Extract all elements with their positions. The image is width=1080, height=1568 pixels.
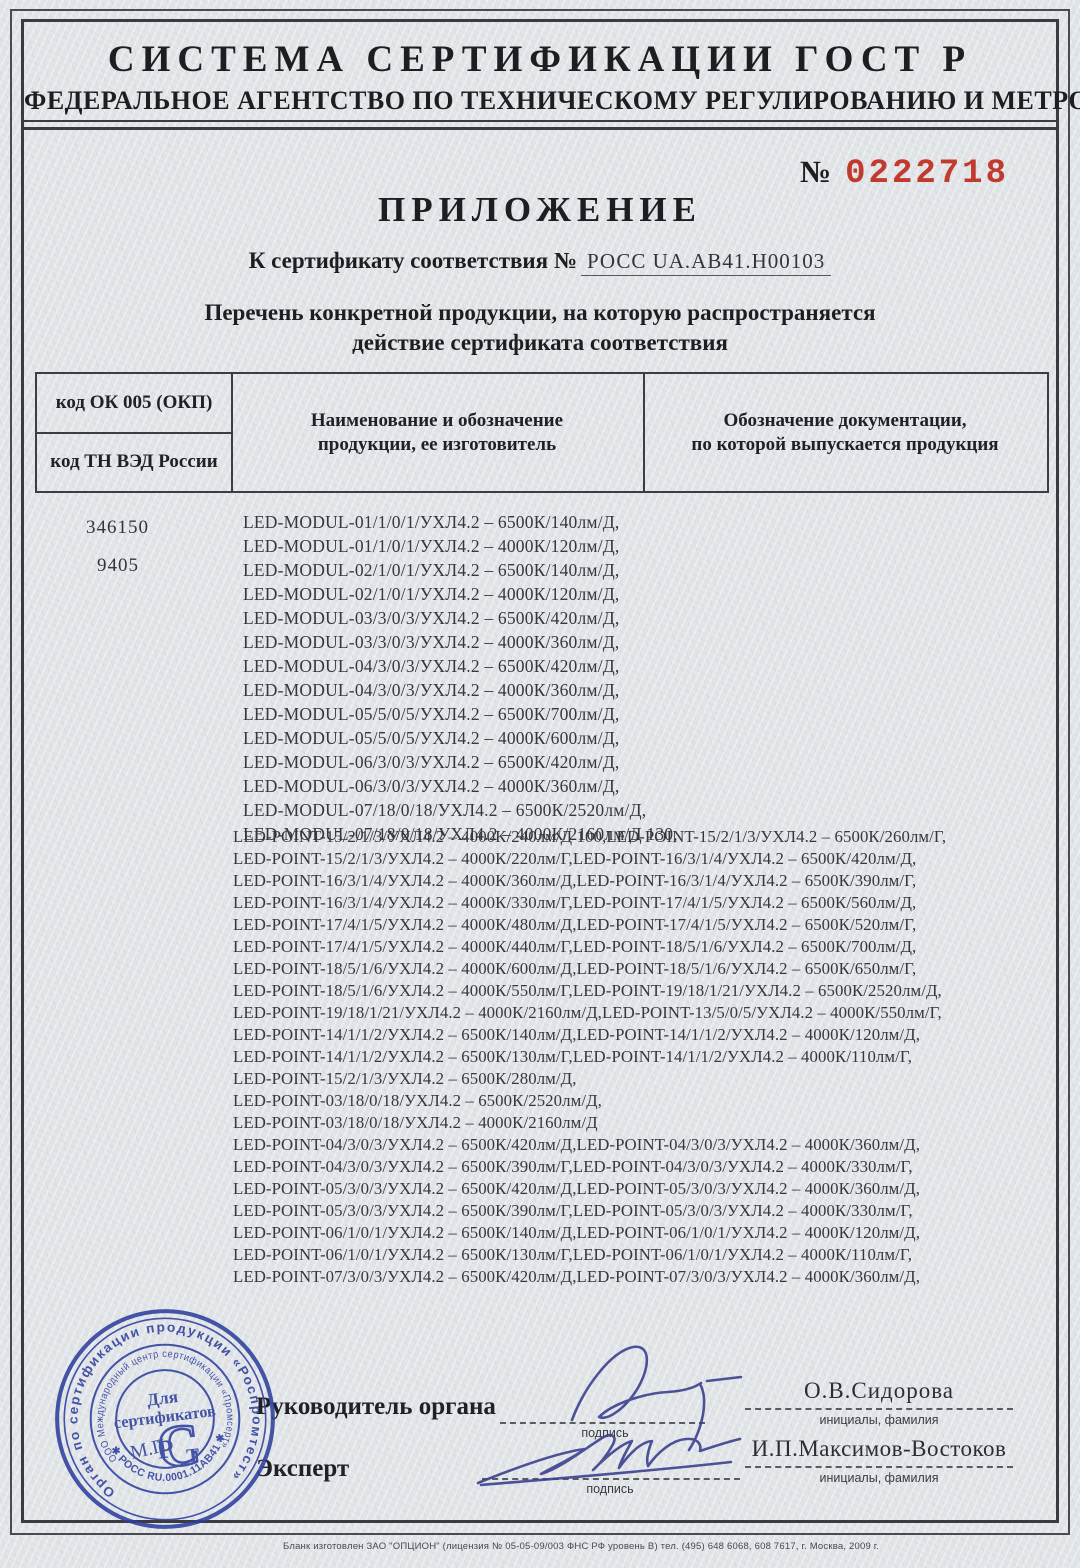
certificate-reference-label: К сертификату соответствия №: [249, 248, 577, 273]
product-line: LED-POINT-07/3/0/3/УХЛ4.2 – 6500К/420лм/…: [233, 1266, 946, 1288]
subtitle-line-2: действие сертификата соответствия: [24, 330, 1056, 356]
expert-name: И.П.Максимов-Востоков: [735, 1436, 1023, 1462]
table-header-documentation: Обозначение документации, по которой вып…: [645, 374, 1045, 491]
product-line: LED-MODUL-06/3/0/3/УХЛ4.2 – 6500К/420лм/…: [243, 750, 678, 774]
product-line: LED-POINT-14/1/1/2/УХЛ4.2 – 6500К/130лм/…: [233, 1046, 946, 1068]
product-line: LED-POINT-15/2/1/3/УХЛ4.2 – 6500К/280лм/…: [233, 1068, 946, 1090]
product-line: LED-POINT-15/2/1/3/УХЛ4.2 – 4000К/220лм/…: [233, 848, 946, 870]
certification-stamp: Орган по сертификации продукции «Роспром…: [35, 1289, 296, 1550]
product-line: LED-MODUL-03/3/0/3/УХЛ4.2 – 4000К/360лм/…: [243, 630, 678, 654]
product-line: LED-POINT-14/1/1/2/УХЛ4.2 – 6500К/140лм/…: [233, 1024, 946, 1046]
product-line: LED-POINT-03/18/0/18/УХЛ4.2 – 6500К/2520…: [233, 1090, 946, 1112]
blank-number-value: 0222718: [845, 155, 1009, 193]
tnved-code-value: 9405: [97, 555, 139, 577]
name-caption-2: инициалы, фамилия: [745, 1471, 1013, 1485]
table-header-tnved-code: код ТН ВЭД России: [37, 432, 231, 491]
product-list-point: LED-POINT-15/2/1/3/УХЛ4.2 – 4000К/240лм/…: [233, 826, 946, 1288]
table-header-product-name-line2: продукции, ее изготовитель: [311, 433, 563, 457]
head-of-body-name: О.В.Сидорова: [745, 1378, 1013, 1404]
table-header-product-name: Наименование и обозначение продукции, ее…: [233, 374, 641, 491]
product-line: LED-MODUL-02/1/0/1/УХЛ4.2 – 6500К/140лм/…: [243, 558, 678, 582]
subtitle-line-1: Перечень конкретной продукции, на котору…: [24, 300, 1056, 326]
product-line: LED-MODUL-04/3/0/3/УХЛ4.2 – 4000К/360лм/…: [243, 678, 678, 702]
product-list-modul: LED-MODUL-01/1/0/1/УХЛ4.2 – 6500К/140лм/…: [243, 510, 678, 846]
blank-manufacturer-note: Бланк изготовлен ЗАО "ОПЦИОН" (лицензия …: [283, 1541, 879, 1552]
signature-2-stroke: [478, 1435, 740, 1483]
handwritten-signatures: [450, 1330, 770, 1510]
appendix-title: ПРИЛОЖЕНИЕ: [24, 190, 1056, 230]
signature-1-dash: [707, 1377, 741, 1381]
federal-agency-title: ФЕДЕРАЛЬНОЕ АГЕНТСТВО ПО ТЕХНИЧЕСКОМУ РЕ…: [24, 86, 1056, 116]
product-line: LED-POINT-03/18/0/18/УХЛ4.2 – 4000К/2160…: [233, 1112, 946, 1134]
blank-number-sign: №: [800, 154, 831, 189]
product-line: LED-POINT-16/3/1/4/УХЛ4.2 – 4000К/330лм/…: [233, 892, 946, 914]
product-line: LED-MODUL-01/1/0/1/УХЛ4.2 – 4000К/120лм/…: [243, 534, 678, 558]
product-line: LED-MODUL-03/3/0/3/УХЛ4.2 – 6500К/420лм/…: [243, 606, 678, 630]
product-line: LED-POINT-15/2/1/3/УХЛ4.2 – 4000К/240лм/…: [233, 826, 946, 848]
stamp-logo-t: Т: [185, 1445, 200, 1467]
signature-2-underline: [481, 1462, 731, 1485]
product-line: LED-MODUL-07/18/0/18/УХЛ4.2 – 6500К/2520…: [243, 798, 678, 822]
product-line: LED-POINT-05/3/0/3/УХЛ4.2 – 6500К/420лм/…: [233, 1178, 946, 1200]
product-line: LED-POINT-04/3/0/3/УХЛ4.2 – 6500К/390лм/…: [233, 1156, 946, 1178]
product-line: LED-POINT-06/1/0/1/УХЛ4.2 – 6500К/130лм/…: [233, 1244, 946, 1266]
table-header-documentation-line1: Обозначение документации,: [691, 409, 998, 433]
product-line: LED-POINT-19/18/1/21/УХЛ4.2 – 4000К/2160…: [233, 1002, 946, 1024]
product-line: LED-POINT-04/3/0/3/УХЛ4.2 – 6500К/420лм/…: [233, 1134, 946, 1156]
certificate-appendix-page: СИСТЕМА СЕРТИФИКАЦИИ ГОСТ Р ФЕДЕРАЛЬНОЕ …: [0, 0, 1080, 1568]
product-line: LED-POINT-06/1/0/1/УХЛ4.2 – 6500К/140лм/…: [233, 1222, 946, 1244]
product-line: LED-POINT-17/4/1/5/УХЛ4.2 – 4000К/480лм/…: [233, 914, 946, 936]
product-line: LED-POINT-18/5/1/6/УХЛ4.2 – 4000К/550лм/…: [233, 980, 946, 1002]
signature-1-stroke: [572, 1347, 701, 1420]
product-line: LED-MODUL-06/3/0/3/УХЛ4.2 – 4000К/360лм/…: [243, 774, 678, 798]
product-line: LED-POINT-05/3/0/3/УХЛ4.2 – 6500К/390лм/…: [233, 1200, 946, 1222]
product-line: LED-POINT-18/5/1/6/УХЛ4.2 – 4000К/600лм/…: [233, 958, 946, 980]
product-line: LED-MODUL-04/3/0/3/УХЛ4.2 – 6500К/420лм/…: [243, 654, 678, 678]
product-line: LED-POINT-16/3/1/4/УХЛ4.2 – 4000К/360лм/…: [233, 870, 946, 892]
product-line: LED-MODUL-01/1/0/1/УХЛ4.2 – 6500К/140лм/…: [243, 510, 678, 534]
product-line: LED-MODUL-05/5/0/5/УХЛ4.2 – 6500К/700лм/…: [243, 702, 678, 726]
table-header-okp-code: код ОК 005 (ОКП): [37, 374, 231, 432]
table-header-documentation-line2: по которой выпускается продукция: [691, 433, 998, 457]
product-line: LED-POINT-17/4/1/5/УХЛ4.2 – 4000К/440лм/…: [233, 936, 946, 958]
certificate-reference: К сертификату соответствия № РОСС UA.АВ4…: [24, 248, 1056, 274]
product-line: LED-MODUL-05/5/0/5/УХЛ4.2 – 4000К/600лм/…: [243, 726, 678, 750]
table-header-product-name-line1: Наименование и обозначение: [311, 409, 563, 433]
okp-code-value: 346150: [86, 517, 149, 539]
table-header: код ОК 005 (ОКП) код ТН ВЭД России Наиме…: [35, 372, 1049, 493]
certificate-number: РОСС UA.АВ41.Н00103: [581, 249, 831, 276]
header-divider-rule: [24, 120, 1056, 130]
name-caption-1: инициалы, фамилия: [745, 1413, 1013, 1427]
product-line: LED-MODUL-02/1/0/1/УХЛ4.2 – 4000К/120лм/…: [243, 582, 678, 606]
certification-system-title: СИСТЕМА СЕРТИФИКАЦИИ ГОСТ Р: [24, 38, 1056, 81]
blank-number: № 0222718: [800, 154, 1009, 193]
